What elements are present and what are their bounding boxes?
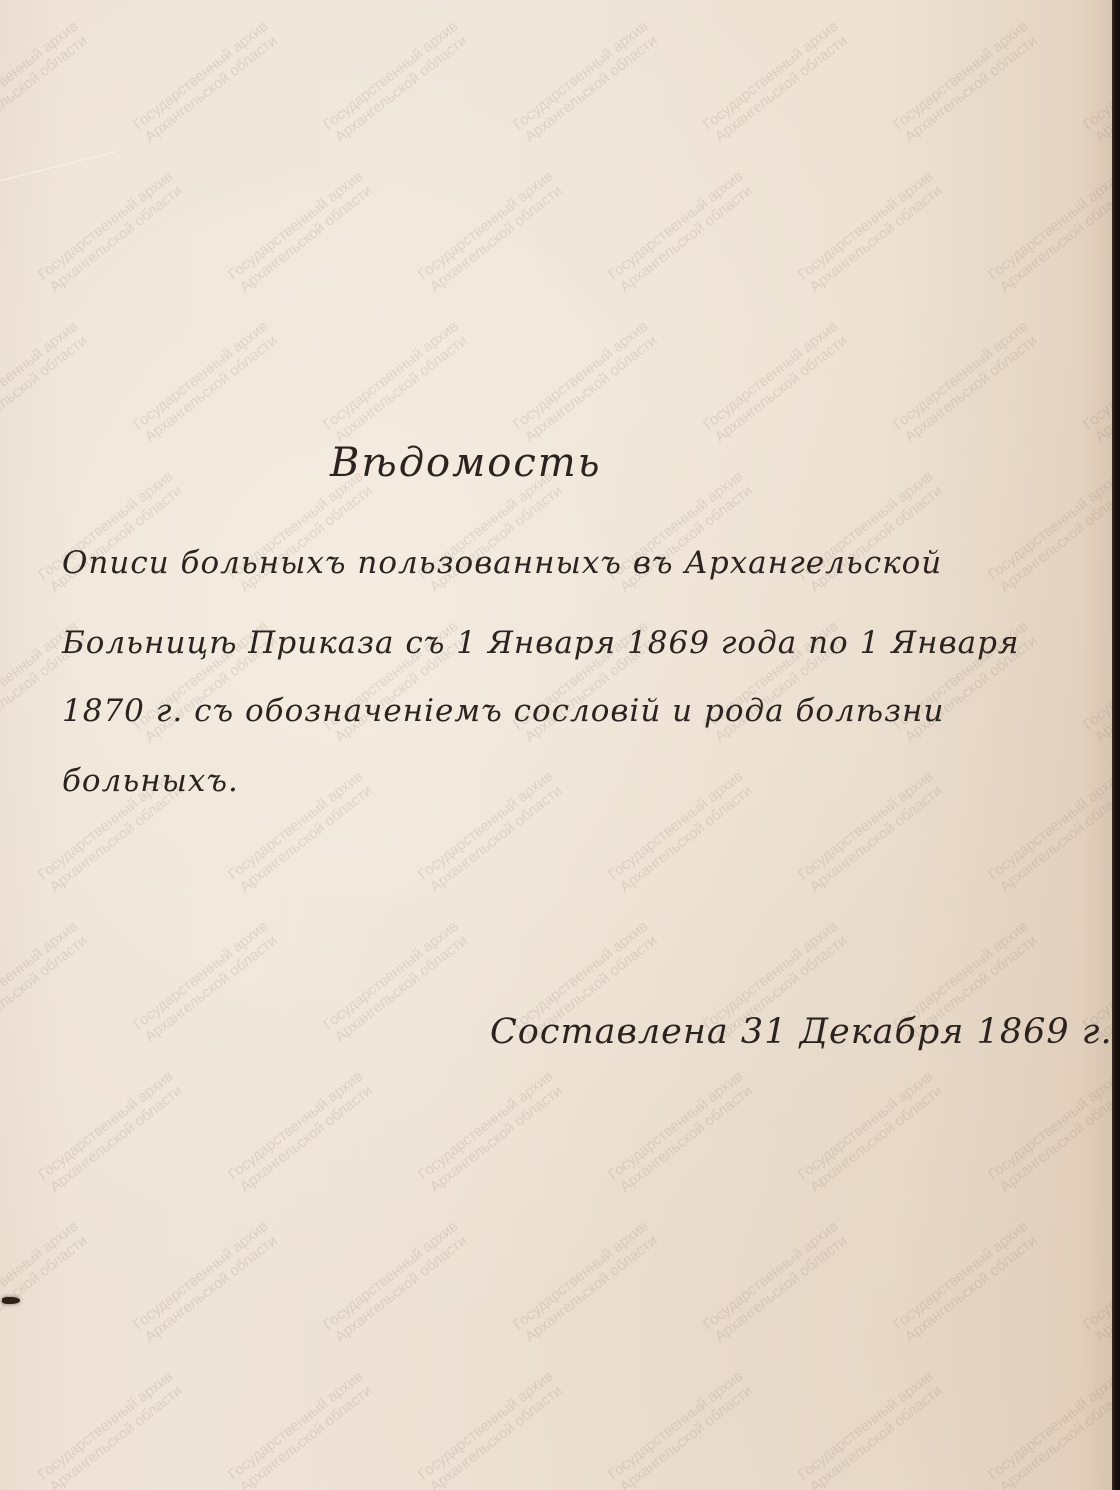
watermark-stamp: Государственный архивАрхангельской облас… — [1080, 318, 1113, 447]
document-title: Вѣдомость — [330, 440, 601, 486]
archive-watermark-layer: Государственный архивАрхангельской облас… — [0, 0, 1113, 1490]
watermark-stamp: Государственный архивАрхангельской облас… — [1080, 618, 1113, 747]
watermark-stamp: Государственный архивАрхангельской облас… — [225, 168, 377, 297]
manuscript-page: Государственный архивАрхангельской облас… — [0, 0, 1113, 1490]
watermark-stamp: Государственный архивАрхангельской облас… — [320, 1218, 472, 1347]
watermark-stamp: Государственный архивАрхангельской облас… — [35, 168, 187, 297]
binding-hole-mark — [2, 1297, 20, 1304]
watermark-stamp: Государственный архивАрхангельской облас… — [890, 1218, 1042, 1347]
watermark-stamp: Государственный архивАрхангельской облас… — [605, 1368, 757, 1490]
watermark-stamp: Государственный архивАрхангельской облас… — [130, 1218, 282, 1347]
watermark-stamp: Государственный архивАрхангельской облас… — [605, 168, 757, 297]
watermark-stamp: Государственный архивАрхангельской облас… — [35, 1368, 187, 1490]
watermark-stamp: Государственный архивАрхангельской облас… — [130, 918, 282, 1047]
watermark-stamp: Государственный архивАрхангельской облас… — [700, 318, 852, 447]
watermark-stamp: Государственный архивАрхангельской облас… — [890, 318, 1042, 447]
watermark-stamp: Государственный архивАрхангельской облас… — [415, 1068, 567, 1197]
watermark-stamp: Государственный архивАрхангельской облас… — [130, 318, 282, 447]
watermark-stamp: Государственный архивАрхангельской облас… — [795, 768, 947, 897]
watermark-stamp: Государственный архивАрхангельской облас… — [0, 918, 92, 1047]
watermark-stamp: Государственный архивАрхангельской облас… — [320, 18, 472, 147]
watermark-stamp: Государственный архивАрхангельской облас… — [985, 468, 1113, 597]
watermark-stamp: Государственный архивАрхангельской облас… — [985, 1368, 1113, 1490]
watermark-stamp: Государственный архивАрхангельской облас… — [985, 168, 1113, 297]
watermark-stamp: Государственный архивАрхангельской облас… — [795, 1368, 947, 1490]
watermark-stamp: Государственный архивАрхангельской облас… — [700, 18, 852, 147]
paper-crease — [0, 151, 117, 181]
watermark-stamp: Государственный архивАрхангельской облас… — [510, 318, 662, 447]
watermark-stamp: Государственный архивАрхангельской облас… — [225, 768, 377, 897]
watermark-stamp: Государственный архивАрхангельской облас… — [0, 318, 92, 447]
watermark-stamp: Государственный архивАрхангельской облас… — [0, 1218, 92, 1347]
watermark-stamp: Государственный архивАрхангельской облас… — [605, 1068, 757, 1197]
watermark-stamp: Государственный архивАрхангельской облас… — [605, 768, 757, 897]
watermark-stamp: Государственный архивАрхангельской облас… — [795, 1068, 947, 1197]
body-line-2: Больницѣ Приказа съ 1 Января 1869 года п… — [62, 625, 1020, 661]
watermark-stamp: Государственный архивАрхангельской облас… — [225, 1368, 377, 1490]
watermark-stamp: Государственный архивАрхангельской облас… — [890, 18, 1042, 147]
watermark-stamp: Государственный архивАрхангельской облас… — [225, 1068, 377, 1197]
watermark-stamp: Государственный архивАрхангельской облас… — [510, 18, 662, 147]
watermark-stamp: Государственный архивАрхангельской облас… — [320, 318, 472, 447]
watermark-stamp: Государственный архивАрхангельской облас… — [510, 1218, 662, 1347]
book-binding-edge — [1112, 0, 1120, 1490]
body-line-4: больныхъ. — [62, 763, 239, 799]
body-line-1: Описи больныхъ пользованныхъ въ Архангел… — [62, 545, 942, 581]
watermark-stamp: Государственный архивАрхангельской облас… — [1080, 18, 1113, 147]
watermark-stamp: Государственный архивАрхангельской облас… — [700, 1218, 852, 1347]
watermark-stamp: Государственный архивАрхангельской облас… — [320, 918, 472, 1047]
watermark-stamp: Государственный архивАрхангельской облас… — [985, 1068, 1113, 1197]
watermark-stamp: Государственный архивАрхангельской облас… — [985, 768, 1113, 897]
watermark-stamp: Государственный архивАрхангельской облас… — [130, 18, 282, 147]
watermark-stamp: Государственный архивАрхангельской облас… — [0, 18, 92, 147]
watermark-stamp: Государственный архивАрхангельской облас… — [795, 168, 947, 297]
watermark-stamp: Государственный архивАрхангельской облас… — [415, 1368, 567, 1490]
watermark-stamp: Государственный архивАрхангельской облас… — [35, 1068, 187, 1197]
body-line-3: 1870 г. съ обозначеніемъ сословій и родa… — [62, 693, 944, 729]
compiled-date-signature: Составлена 31 Декабря 1869 г. — [490, 1012, 1113, 1052]
watermark-stamp: Государственный архивАрхангельской облас… — [415, 768, 567, 897]
watermark-stamp: Государственный архивАрхангельской облас… — [1080, 1218, 1113, 1347]
watermark-stamp: Государственный архивАрхангельской облас… — [415, 168, 567, 297]
